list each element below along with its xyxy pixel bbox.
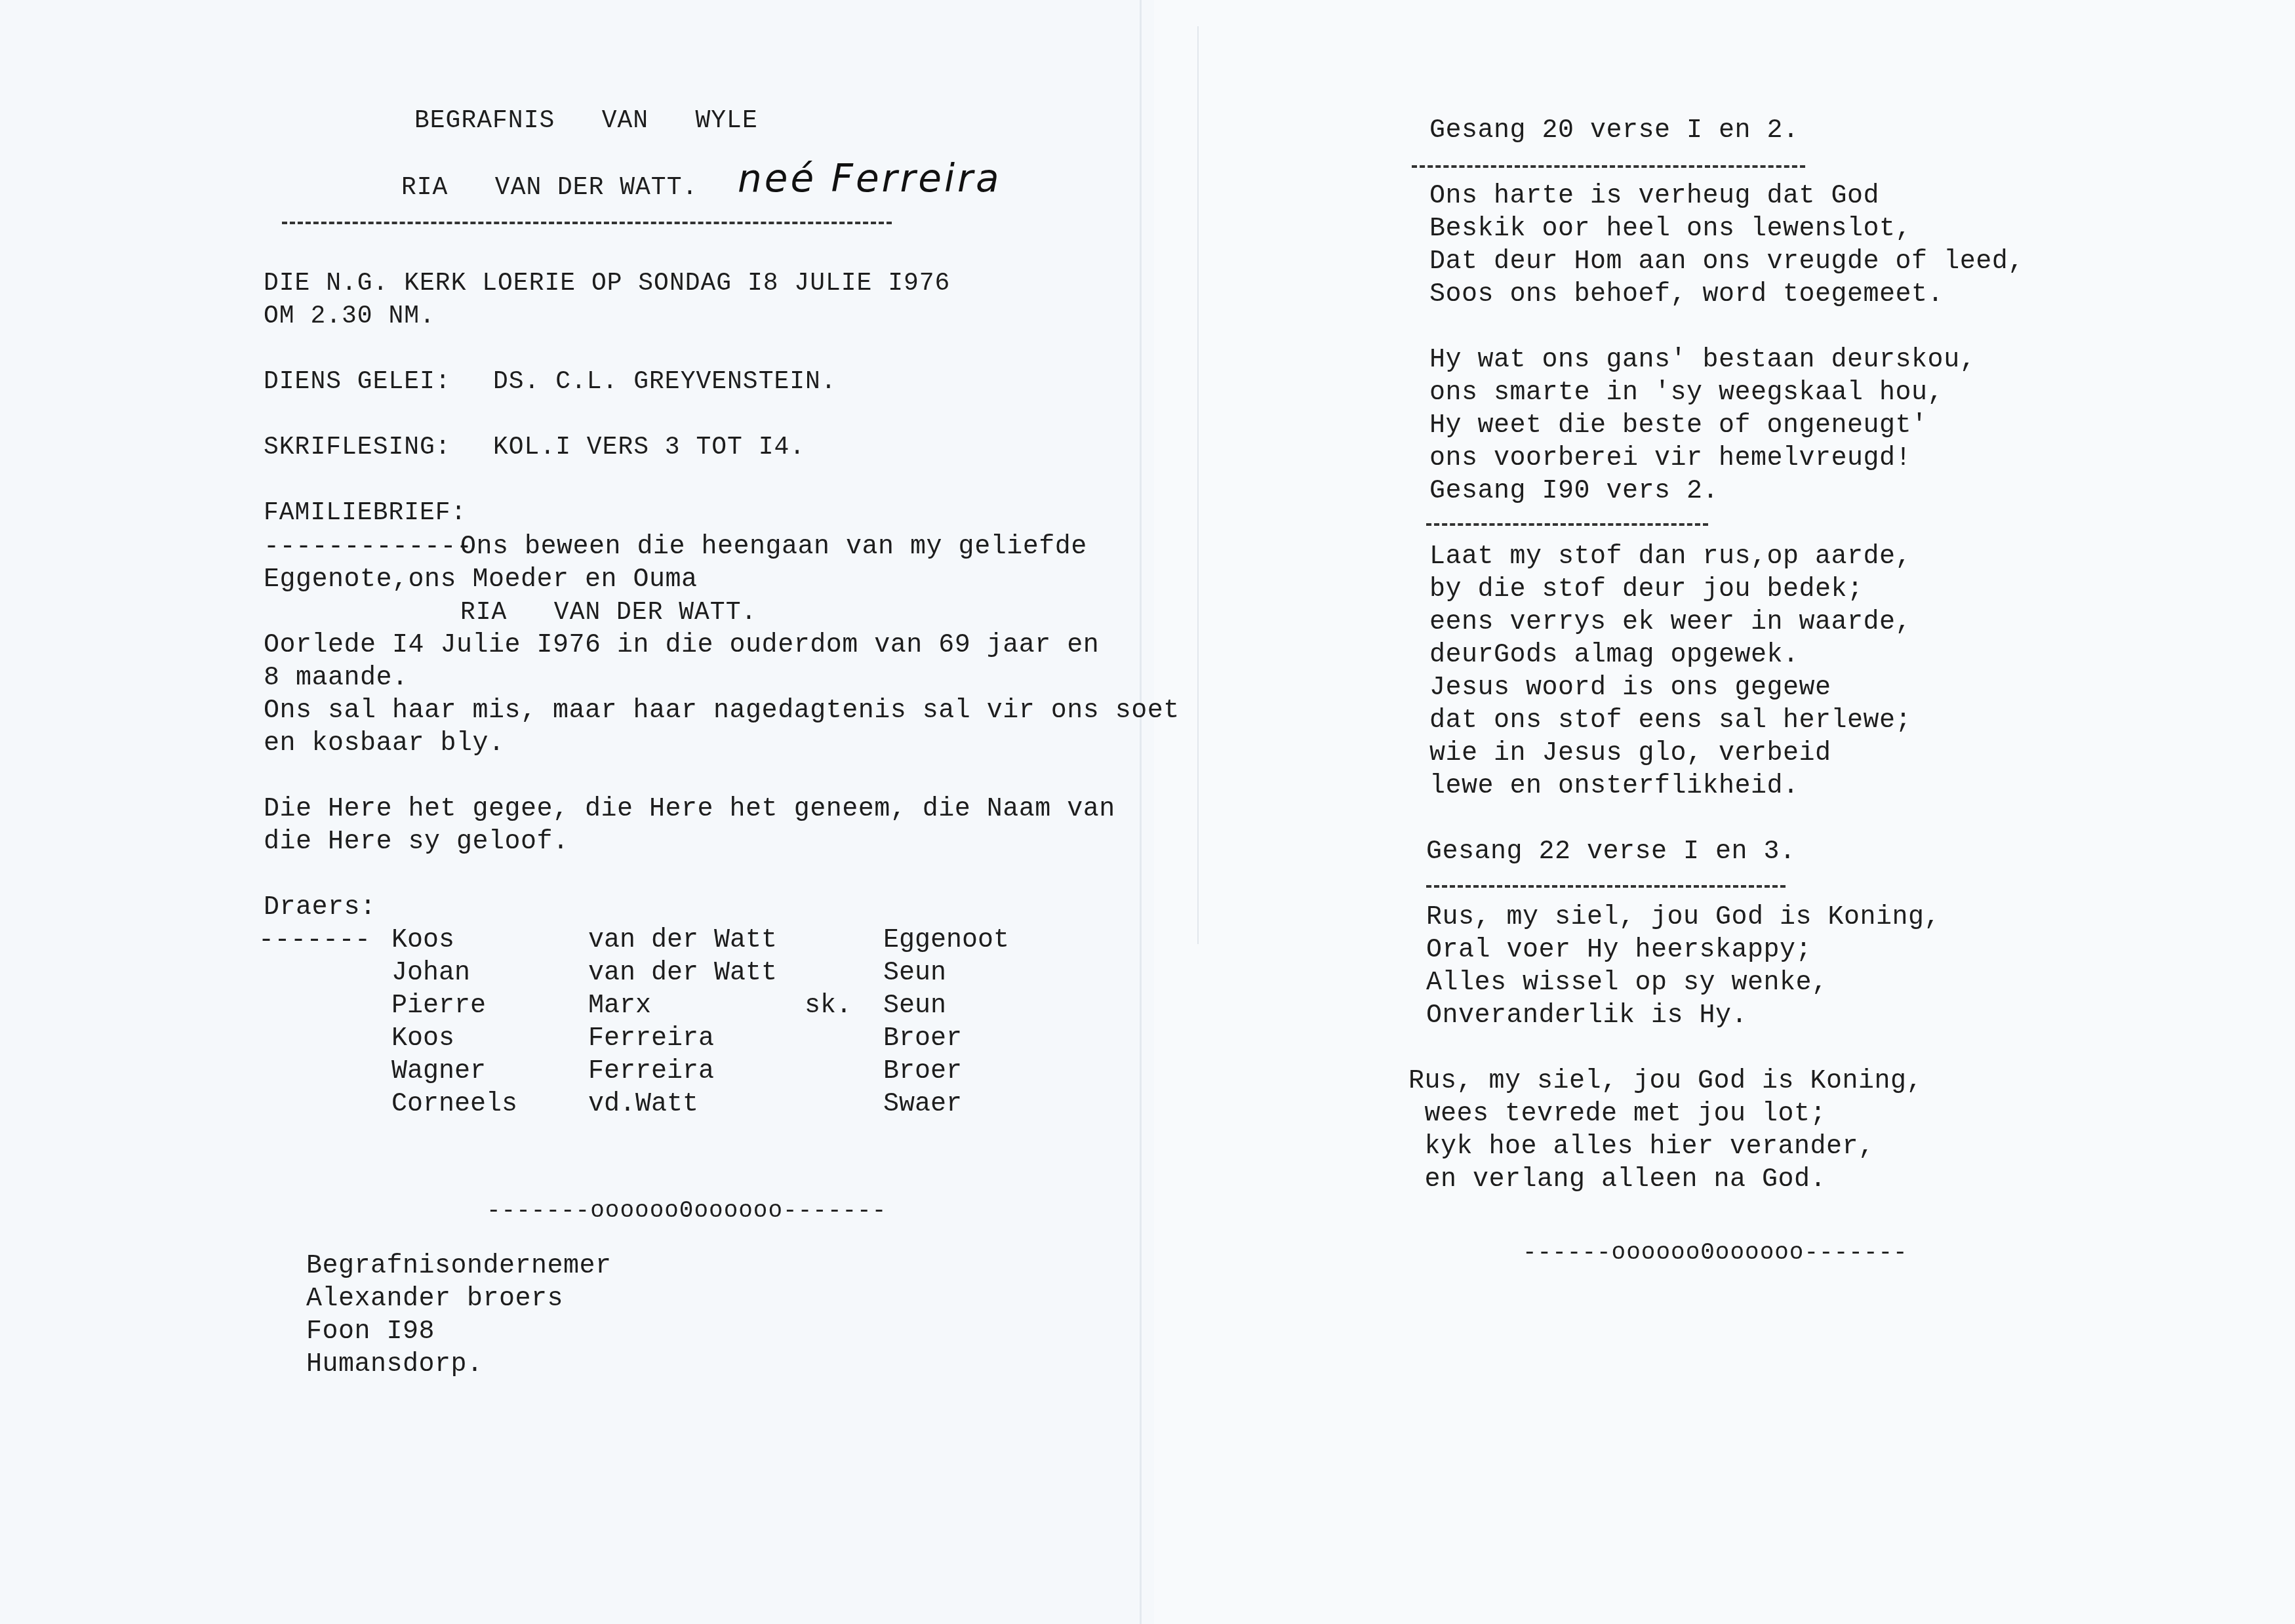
hymn-line: en verlang alleen na God. [1408,1164,1826,1197]
hymn1-underline [1412,165,1805,168]
pallbearer-last: Marx [588,990,651,1023]
hymn-line: ons smarte in 'sy weegskaal hou, [1429,377,1944,410]
hymn3-title: Gesang 22 verse I en 3. [1426,836,1796,869]
hymn-line: dat ons stof eens sal herlewe; [1429,705,1911,738]
hymn-line: eens verrys ek weer in waarde, [1429,606,1911,639]
pallbearer-last: van der Watt [588,924,777,957]
undertaker-name: Alexander broers [306,1283,563,1316]
officiant-label: DIENS GELEI: [264,366,451,399]
undertaker-town: Humansdorp. [306,1349,483,1381]
officiant-value: DS. C.L. GREYVENSTEIN. [493,366,837,399]
pallbearer-first: Wagner [391,1056,486,1088]
hymn-line: Dat deur Hom aan ons vreugde of leed, [1429,246,2024,279]
hymn-line: wie in Jesus glo, verbeid [1429,738,1831,770]
pallbearer-row: PierreMarxsk.Seun [0,990,1115,1023]
hymn1-title: Gesang 20 verse I en 2. [1429,115,1799,148]
hymn2-title: Gesang I90 vers 2. [1429,475,1719,508]
hymn-line: Oral voer Hy heerskappy; [1426,934,1812,967]
pallbearer-row: KoosFerreiraBroer [0,1023,1115,1056]
pallbearers-heading: Draers: [264,892,376,924]
hymn-line: Laat my stof dan rus,op aarde, [1429,541,1911,574]
family-letter-line: 8 maande. [264,662,409,695]
pallbearer-relation: Swaer [883,1088,962,1121]
hymn-line: Soos ons behoef, word toegemeet. [1429,279,1944,311]
family-letter-line: Eggenote,ons Moeder en Ouma [264,564,698,597]
family-letter-line: Ons sal haar mis, maar haar nagedagtenis… [264,695,1180,728]
handwritten-maiden-name: neé Ferreira [738,156,1002,201]
pallbearer-first: Koos [391,1023,454,1056]
hymn-line: Rus, my siel, jou God is Koning, [1408,1065,1923,1098]
hymn-line: kyk hoe alles hier verander, [1408,1131,1875,1164]
hymn-line: Alles wissel op sy wenke, [1426,967,1828,1000]
hymn-line: Jesus woord is ons gegewe [1429,672,1831,705]
pallbearer-first: Corneels [391,1088,517,1121]
pallbearer-row: Corneelsvd.WattSwaer [0,1088,1115,1121]
pallbearer-row: WagnerFerreiraBroer [0,1056,1115,1088]
family-letter-lead-dashes: ------------- [264,531,473,564]
pallbearer-relation: Broer [883,1056,962,1088]
hymn-line: Ons harte is verheug dat God [1429,180,1879,213]
pallbearer-relation: Broer [883,1023,962,1056]
pallbearers-table: Koosvan der WattEggenootJohanvan der Wat… [0,924,1115,1121]
service-details-line2: OM 2.30 NM. [264,300,435,333]
hymn-line: Hy wat ons gans' bestaan deurskou, [1429,344,1976,377]
hymn-line: by die stof deur jou bedek; [1429,574,1864,606]
family-letter-line: Oorlede I4 Julie I976 in die ouderdom va… [264,629,1099,662]
hymn2-underline [1426,523,1708,526]
pallbearer-last: Ferreira [588,1023,714,1056]
title-underline [282,222,892,224]
pallbearer-first: Pierre [391,990,486,1023]
hymn3-underline [1426,885,1786,888]
scripture-reading-value: KOL.I VERS 3 TOT I4. [493,431,805,464]
pallbearer-last: Ferreira [588,1056,714,1088]
hymn-line: Beskik oor heel ons lewenslot, [1429,213,1911,246]
pallbearer-row: Koosvan der WattEggenoot [0,924,1115,957]
pallbearer-relation: Eggenoot [883,924,1009,957]
scripture-reading-label: SKRIFLESING: [264,431,451,464]
hymn-line: Onveranderlik is Hy. [1426,1000,1747,1033]
scripture-quote-line: Die Here het gegee, die Here het geneem,… [264,793,1115,826]
undertaker-line: Begrafnisondernemer [306,1250,612,1283]
deceased-name: RIA VAN DER WATT. [401,172,698,205]
pallbearer-relation: Seun [883,957,946,990]
family-letter-heading: FAMILIEBRIEF: [264,497,466,530]
hymn-line: deurGods almag opgewek. [1429,639,1799,672]
left-separator: -------oooooo0oooooo------- [487,1197,887,1224]
paper-crease [1197,26,1199,944]
right-separator: ------oooooo0oooooo------- [1523,1239,1908,1266]
family-letter-name: RIA VAN DER WATT. [460,597,757,629]
pallbearer-row: Johanvan der WattSeun [0,957,1115,990]
hymn-line: wees tevrede met jou lot; [1408,1098,1826,1131]
pallbearer-first: Johan [391,957,470,990]
hymn-line: Hy weet die beste of ongeneugt' [1429,410,1928,443]
pallbearer-note: sk. [805,990,852,1023]
hymn-line: ons voorberei vir hemelvreugd! [1429,443,1911,475]
service-details-line1: DIE N.G. KERK LOERIE OP SONDAG I8 JULIE … [264,267,950,300]
pallbearer-last: van der Watt [588,957,777,990]
family-letter-line: en kosbaar bly. [264,728,505,761]
document-title: BEGRAFNIS VAN WYLE [414,105,758,138]
family-letter-line: Ons beween die heengaan van my geliefde [460,531,1087,564]
pallbearer-last: vd.Watt [588,1088,698,1121]
hymn-line: lewe en onsterflikheid. [1429,770,1799,803]
pallbearer-relation: Seun [883,990,946,1023]
scripture-quote-line: die Here sy geloof. [264,826,569,859]
hymn-line: Rus, my siel, jou God is Koning, [1426,901,1940,934]
undertaker-phone: Foon I98 [306,1316,435,1349]
pallbearer-first: Koos [391,924,454,957]
page-fold [1140,0,1142,1624]
